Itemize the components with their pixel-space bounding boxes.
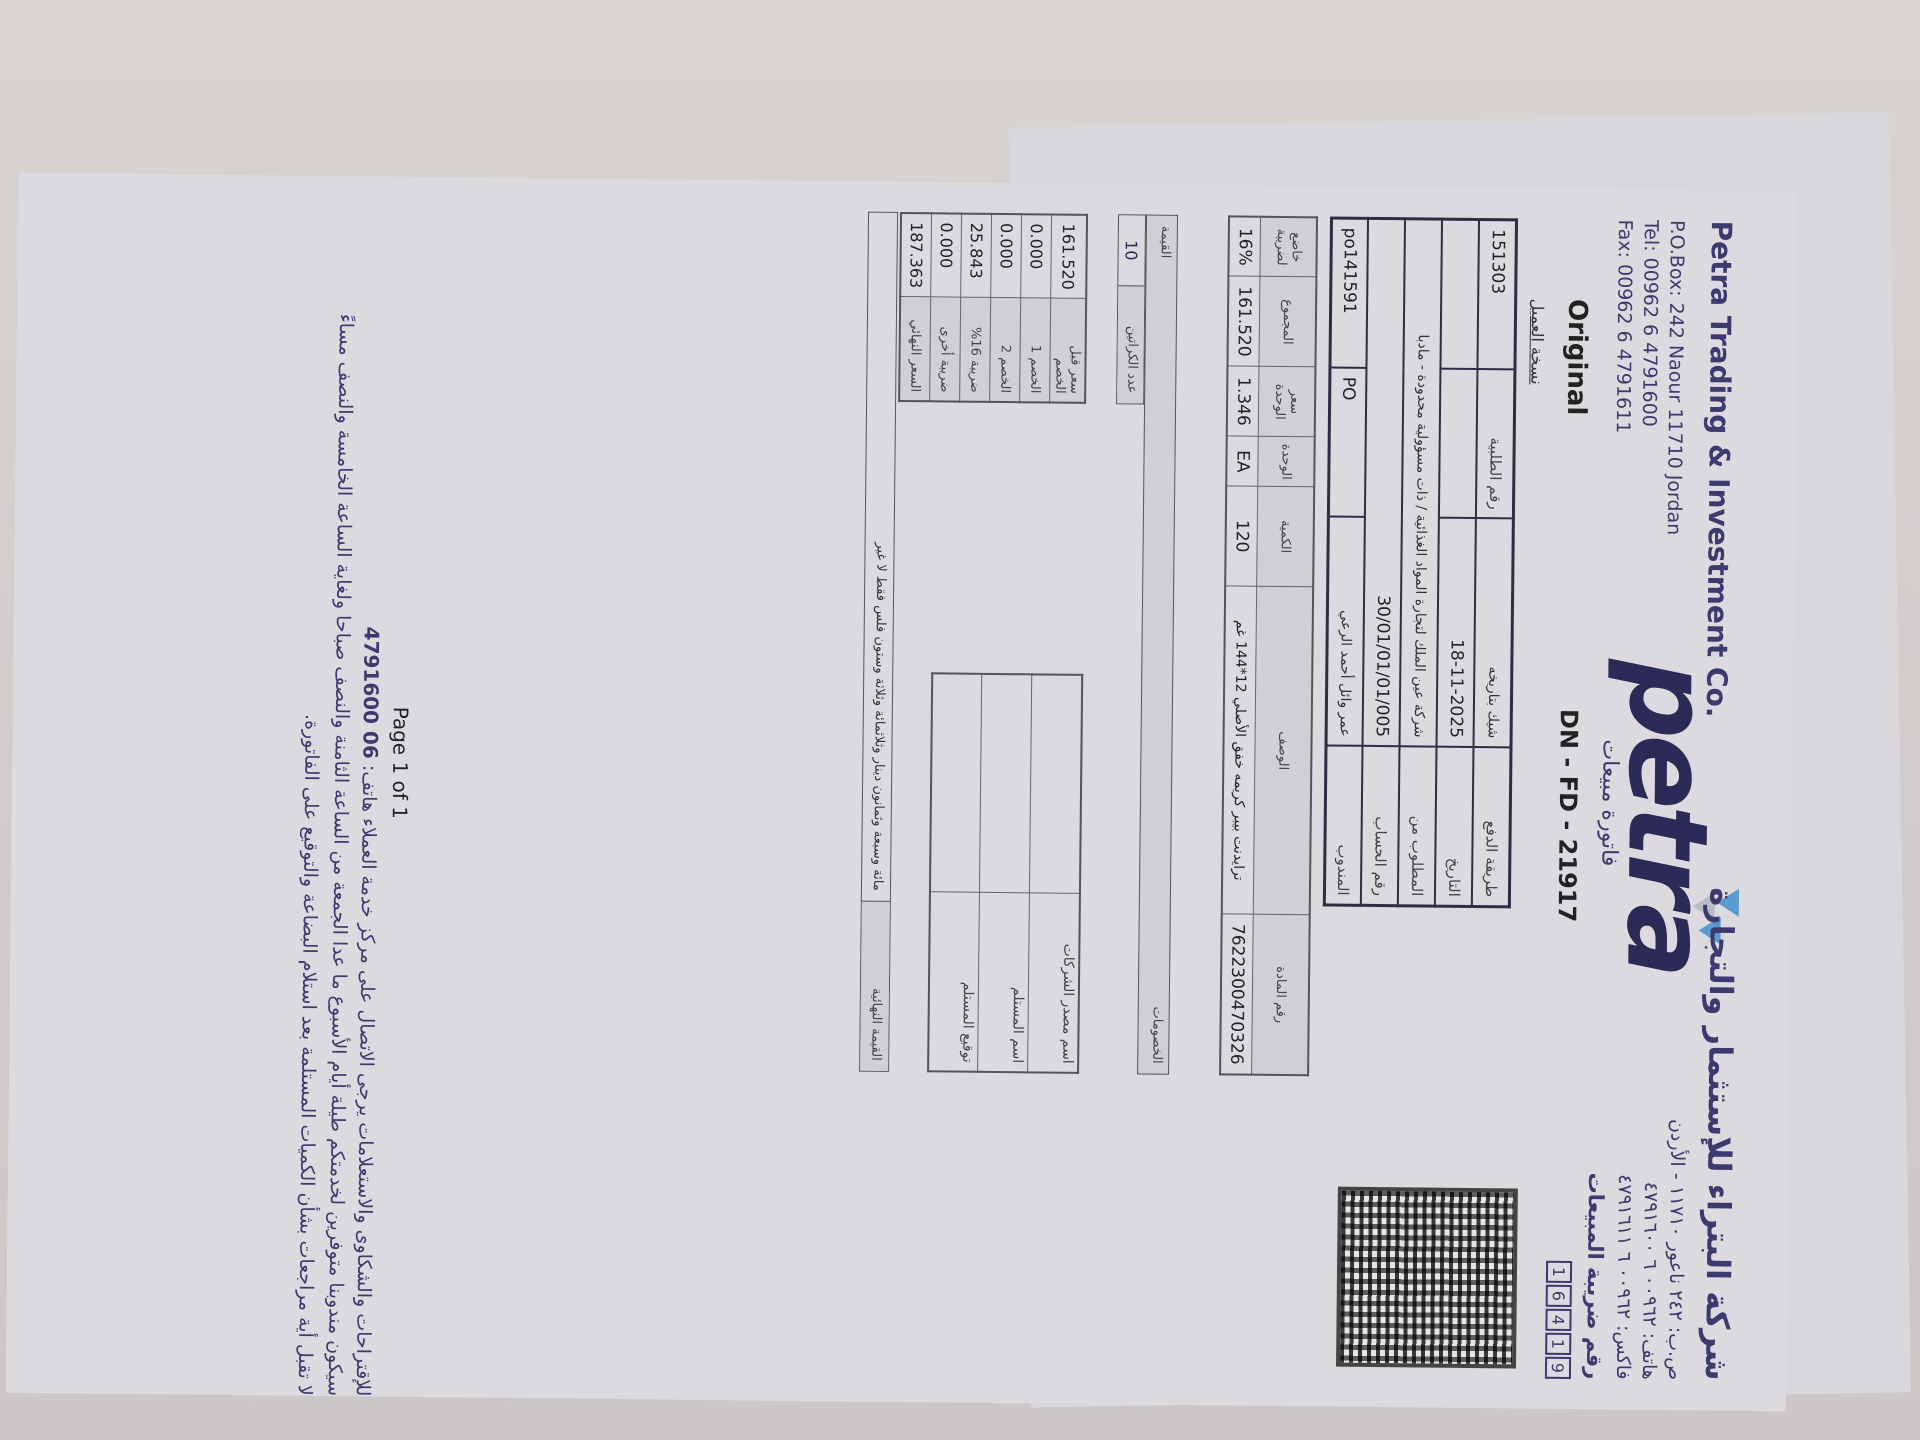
totals-table: 161.520سعر قبل الخصم 0.000الخصم 1 0.000ا… — [899, 212, 1088, 404]
items-header-row: خاضع لضريبة المجموع سعر الوحدة الوحدة ال… — [1252, 217, 1317, 1076]
other-tax-value: 0.000 — [931, 213, 962, 297]
signature-row: اسم المستلم — [978, 674, 1032, 1073]
info-row-customer: شركة عين الملك لتجارة المواد الغذائية / … — [1398, 219, 1442, 906]
po-label: PO — [1328, 368, 1367, 518]
footer-phone: 06 4791600 — [358, 626, 383, 758]
subtotal-value: 161.520 — [1051, 215, 1087, 299]
item-description: ترايدنت بيبر كريمه خفق الأصلي 12*144 غم — [1222, 586, 1257, 915]
item-code: 7622300470326 — [1220, 914, 1254, 1074]
company-tel-ar: هاتف: ٠٠٩٦٢ ٦ ٤٧٩١٦٠٠ — [1638, 820, 1666, 1380]
footer-contact-text: للإقتراحات والشكاوى والاستعلامات يرجى ال… — [352, 765, 381, 1397]
tax-number-label: رقم ضريبة المبيعات — [1582, 1079, 1609, 1379]
subtotal-label: سعر قبل الخصم — [1050, 298, 1087, 403]
col-unit-price: سعر الوحدة — [1259, 367, 1316, 438]
salesman-label: المندوب — [1324, 746, 1363, 906]
company-fax-en: Fax: 00962 6 4791611 — [1612, 219, 1636, 433]
tax-digit: 4 — [1545, 1309, 1571, 1331]
info-row-payment: 151303 رقم الطلبية شيك بتاريخه طريقة الد… — [1472, 220, 1516, 907]
cartons-value: 10 — [1118, 215, 1145, 285]
signature-field[interactable] — [980, 674, 1032, 893]
footer-line-1: للإقتراحات والشكاوى والاستعلامات يرجى ال… — [352, 196, 389, 1396]
info-row-account: 30/01/01/01/005 رقم الحساب — [1361, 218, 1405, 905]
issuer-name-label: اسم مصدر الشركات — [1028, 892, 1080, 1073]
invoice-page: Petra Trading & Investment Co. P.O.Box: … — [26, 173, 1779, 1411]
summary-row: 161.520سعر قبل الخصم — [1050, 215, 1087, 403]
company-name-ar: شركة البتراء للإستثمار والتجارة — [1698, 820, 1742, 1380]
customer-name: شركة عين الملك لتجارة المواد الغذائية / … — [1400, 219, 1443, 747]
order-number-label: رقم الطلبية — [1476, 369, 1515, 519]
discount1-label: الخصم 1 — [1020, 298, 1051, 403]
tax-digit: 1 — [1546, 1261, 1572, 1283]
cartons-label: عدد الكراتين — [1117, 285, 1144, 403]
date-value: 18-11-2025 — [1437, 518, 1476, 747]
amount-in-words: القيمة النهائية مائة وسبعة وثمانون دينار… — [859, 212, 898, 1072]
po-number-value: po141591 — [1330, 218, 1369, 368]
final-price-value: 187.363 — [901, 213, 932, 297]
item-unit: EA — [1226, 436, 1259, 486]
other-tax-label: ضريبة أخرى — [930, 297, 961, 402]
signature-field[interactable] — [930, 673, 982, 892]
order-number-value: 151303 — [1478, 220, 1517, 370]
salesman-value: عمر وائل أحمد الرعي — [1326, 517, 1365, 746]
tax-digit: 9 — [1545, 1357, 1571, 1379]
receiver-name-label: اسم المستلم — [978, 892, 1030, 1073]
col-qty: الكمية — [1257, 487, 1314, 587]
col-description: الوصف — [1254, 586, 1313, 915]
discount2-label: الخصم 2 — [990, 298, 1021, 403]
col-item-code: رقم المادة — [1252, 915, 1310, 1076]
info-row-date: 18-11-2025 التاريخ — [1435, 219, 1479, 906]
tax-number-boxes: 1 6 4 1 9 — [1545, 1259, 1572, 1379]
final-value-label: القيمة النهائية — [860, 901, 890, 1071]
summary-row: 0.000الخصم 1 — [1020, 214, 1052, 402]
footer-line-3: لا تقبل أية مراجعات بشأن الكميات المستلم… — [294, 196, 329, 1396]
account-number-value: 30/01/01/01/005 — [1363, 218, 1406, 746]
final-price-label: السعر النهائي — [900, 297, 931, 402]
tax-digit: 1 — [1545, 1333, 1571, 1355]
tax-digit: 6 — [1546, 1285, 1572, 1307]
customer-label: المطلوب من — [1398, 746, 1437, 906]
company-name-en: Petra Trading & Investment Co. — [1700, 220, 1738, 717]
item-unit-price: 1.346 — [1227, 366, 1260, 436]
qr-code — [1336, 1187, 1518, 1369]
summary-row: 25.843ضريبة 16% — [960, 214, 992, 402]
item-total: 161.520 — [1227, 276, 1260, 366]
item-tax: 16% — [1228, 216, 1261, 276]
value-label: القيمة — [1151, 226, 1173, 259]
payment-method-label: طريقة الدفع — [1472, 747, 1511, 907]
copy-type: Original — [1561, 299, 1592, 416]
col-tax: خاضع لضريبة — [1260, 217, 1317, 278]
final-value-words: مائة وسبعة وثمانون دينار وثلاثمائة وثلاث… — [862, 532, 894, 901]
signature-table: اسم مصدر الشركات اسم المستلم توقيع المست… — [927, 672, 1083, 1074]
col-total: المجموع — [1259, 277, 1316, 368]
signature-row: اسم مصدر الشركات — [1028, 674, 1082, 1073]
company-tel-en: Tel: 00962 6 4791600 — [1638, 220, 1662, 427]
receiver-signature-label: توقيع المستلم — [928, 891, 980, 1072]
signature-row: توقيع المستلم — [928, 673, 982, 1072]
summary-row: 0.000ضريبة أخرى — [930, 213, 962, 401]
account-number-label: رقم الحساب — [1361, 746, 1400, 906]
copy-label: نسخة العميل — [1527, 299, 1547, 385]
vat-value: 25.843 — [961, 214, 992, 298]
document-number: DN - FD - 21917 — [1553, 709, 1583, 922]
cartons-box: 10 عدد الكراتين — [1116, 214, 1146, 404]
company-address-ar: ص.ب: ٢٤٢ ناعور ١١٧١٠ - الأردن — [1664, 820, 1692, 1380]
discount1-value: 0.000 — [1021, 214, 1052, 298]
invoice-sheet: Petra Trading & Investment Co. P.O.Box: … — [6, 173, 1799, 1412]
date-label: التاريخ — [1435, 747, 1474, 907]
summary-row: 0.000الخصم 2 — [990, 214, 1022, 402]
company-fax-ar: فاكس: ٠٠٩٦٢ ٦ ٤٧٩١٦١١ — [1612, 819, 1640, 1379]
discount2-value: 0.000 — [991, 214, 1022, 298]
item-qty: 120 — [1225, 486, 1258, 586]
discounts-label: الخصومات — [1142, 1006, 1165, 1063]
signature-field[interactable] — [1030, 674, 1082, 893]
col-unit: الوحدة — [1258, 437, 1315, 488]
company-address-en: P.O.Box: 242 Naour 11710 Jordan — [1663, 220, 1688, 535]
vat-label: ضريبة 16% — [960, 297, 991, 402]
summary-row: 187.363السعر النهائي — [900, 213, 932, 401]
page-number: Page 1 of 1 — [388, 707, 413, 819]
info-row-salesman: po141591 PO عمر وائل أحمد الرعي المندوب — [1324, 218, 1368, 905]
payment-method-value: شيك بتاريخه — [1474, 518, 1513, 747]
invoice-info-table: 151303 رقم الطلبية شيك بتاريخه طريقة الد… — [1323, 216, 1518, 908]
items-table: خاضع لضريبة المجموع سعر الوحدة الوحدة ال… — [1219, 215, 1318, 1076]
